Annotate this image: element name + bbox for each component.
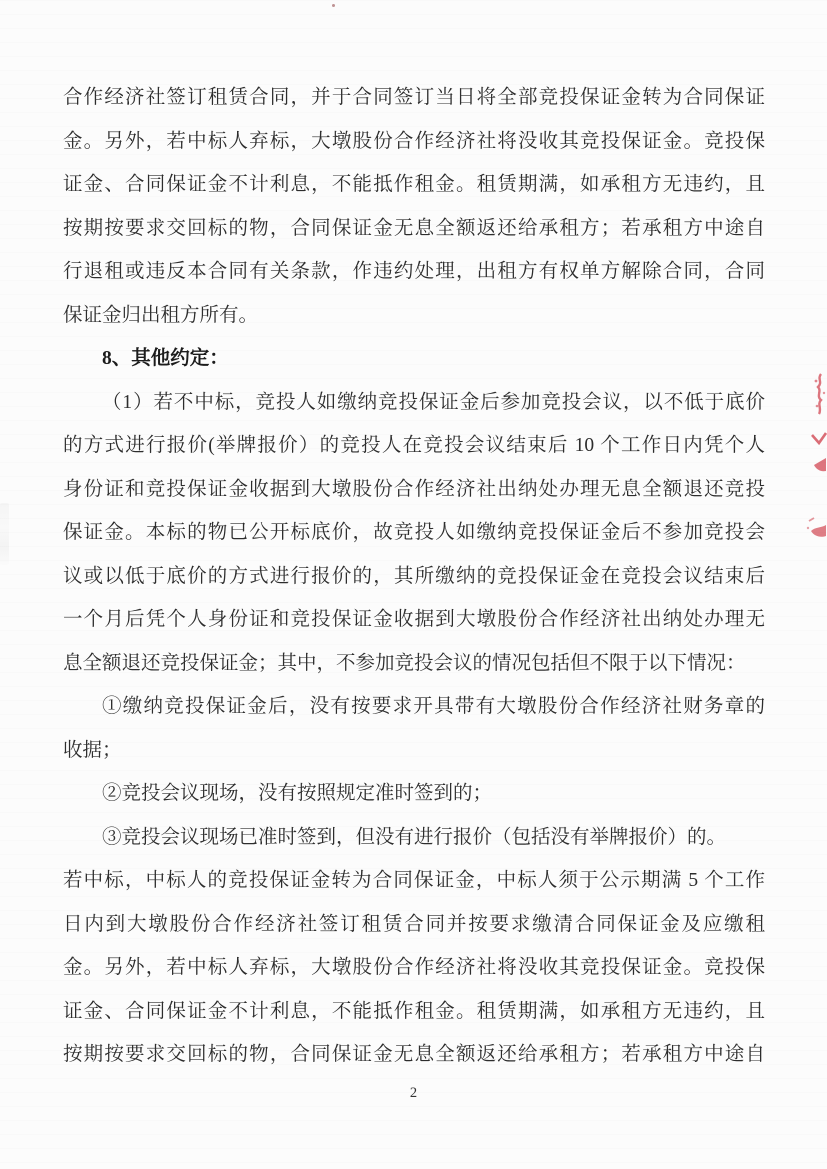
text-line: 行退租或违反本合同有关条款，作违约处理，出租方有权单方解除合同，合同 [63,250,765,294]
text-line: 若中标，中标人的竞投保证金转为合同保证金，中标人须于公示期满 5 个工作 [63,859,765,903]
red-seal-fragment-icon [810,431,827,479]
text-line: 合作经济社签订租赁合同，并于合同签订当日将全部竞投保证金转为合同保证 [63,76,765,120]
text-line: 金。另外，若中标人弃标，大墩股份合作经济社将没收其竞投保证金。竞投保 [63,120,765,164]
text-line: 日内到大墩股份合作经济社签订租赁合同并按要求缴清合同保证金及应缴租 [63,903,765,947]
scan-speck [332,4,335,7]
text-line: 一个月后凭个人身份证和竞投保证金收据到大墩股份合作经济社出纳处办理无 [63,598,765,642]
text-line: 金。另外，若中标人弃标，大墩股份合作经济社将没收其竞投保证金。竞投保 [63,946,765,990]
text-line: 按期按要求交回标的物，合同保证金无息全额返还给承租方；若承租方中途自 [63,207,765,251]
text-line: 的方式进行报价(举牌报价）的竞投人在竞投会议结束后 10 个工作日内凭个人 [63,424,765,468]
text-line: ②竞投会议现场，没有按照规定准时签到的； [63,772,765,816]
text-line: 身份证和竞投保证金收据到大墩股份合作经济社出纳处办理无息全额退还竞投 [63,468,765,512]
red-seal-fragment-icon [806,516,827,542]
document-body: 合作经济社签订租赁合同，并于合同签订当日将全部竞投保证金转为合同保证金。另外，若… [63,76,765,1077]
text-line: 息全额退还竞投保证金；其中，不参加竞投会议的情况包括但不限于以下情况： [63,642,765,686]
text-line: 议或以低于底价的方式进行报价的，其所缴纳的竞投保证金在竞投会议结束后 [63,555,765,599]
text-line: 收据； [63,729,765,773]
red-seal-fragment-icon [813,373,827,417]
text-line: 8、其他约定： [63,337,765,381]
text-line: ③竞投会议现场已准时签到，但没有进行报价（包括没有举牌报价）的。 [63,816,765,860]
text-line: 按期按要求交回标的物，合同保证金无息全额返还给承租方；若承租方中途自 [63,1033,765,1077]
text-line: 证金、合同保证金不计利息，不能抵作租金。租赁期满，如承租方无违约，且 [63,990,765,1034]
text-line: 证金、合同保证金不计利息，不能抵作租金。租赁期满，如承租方无违约，且 [63,163,765,207]
text-line: ①缴纳竞投保证金后，没有按要求开具带有大墩股份合作经济社财务章的 [63,685,765,729]
text-line: （1）若不中标，竞投人如缴纳竞投保证金后参加竞投会议，以不低于底价 [63,381,765,425]
page-number: 2 [0,1085,827,1102]
scan-smudge [0,503,9,565]
text-line: 保证金归出租方所有。 [63,294,765,338]
document-page: 合作经济社签订租赁合同，并于合同签订当日将全部竞投保证金转为合同保证金。另外，若… [0,0,827,1169]
text-line: 保证金。本标的物已公开标底价，故竞投人如缴纳竞投保证金后不参加竞投会 [63,511,765,555]
